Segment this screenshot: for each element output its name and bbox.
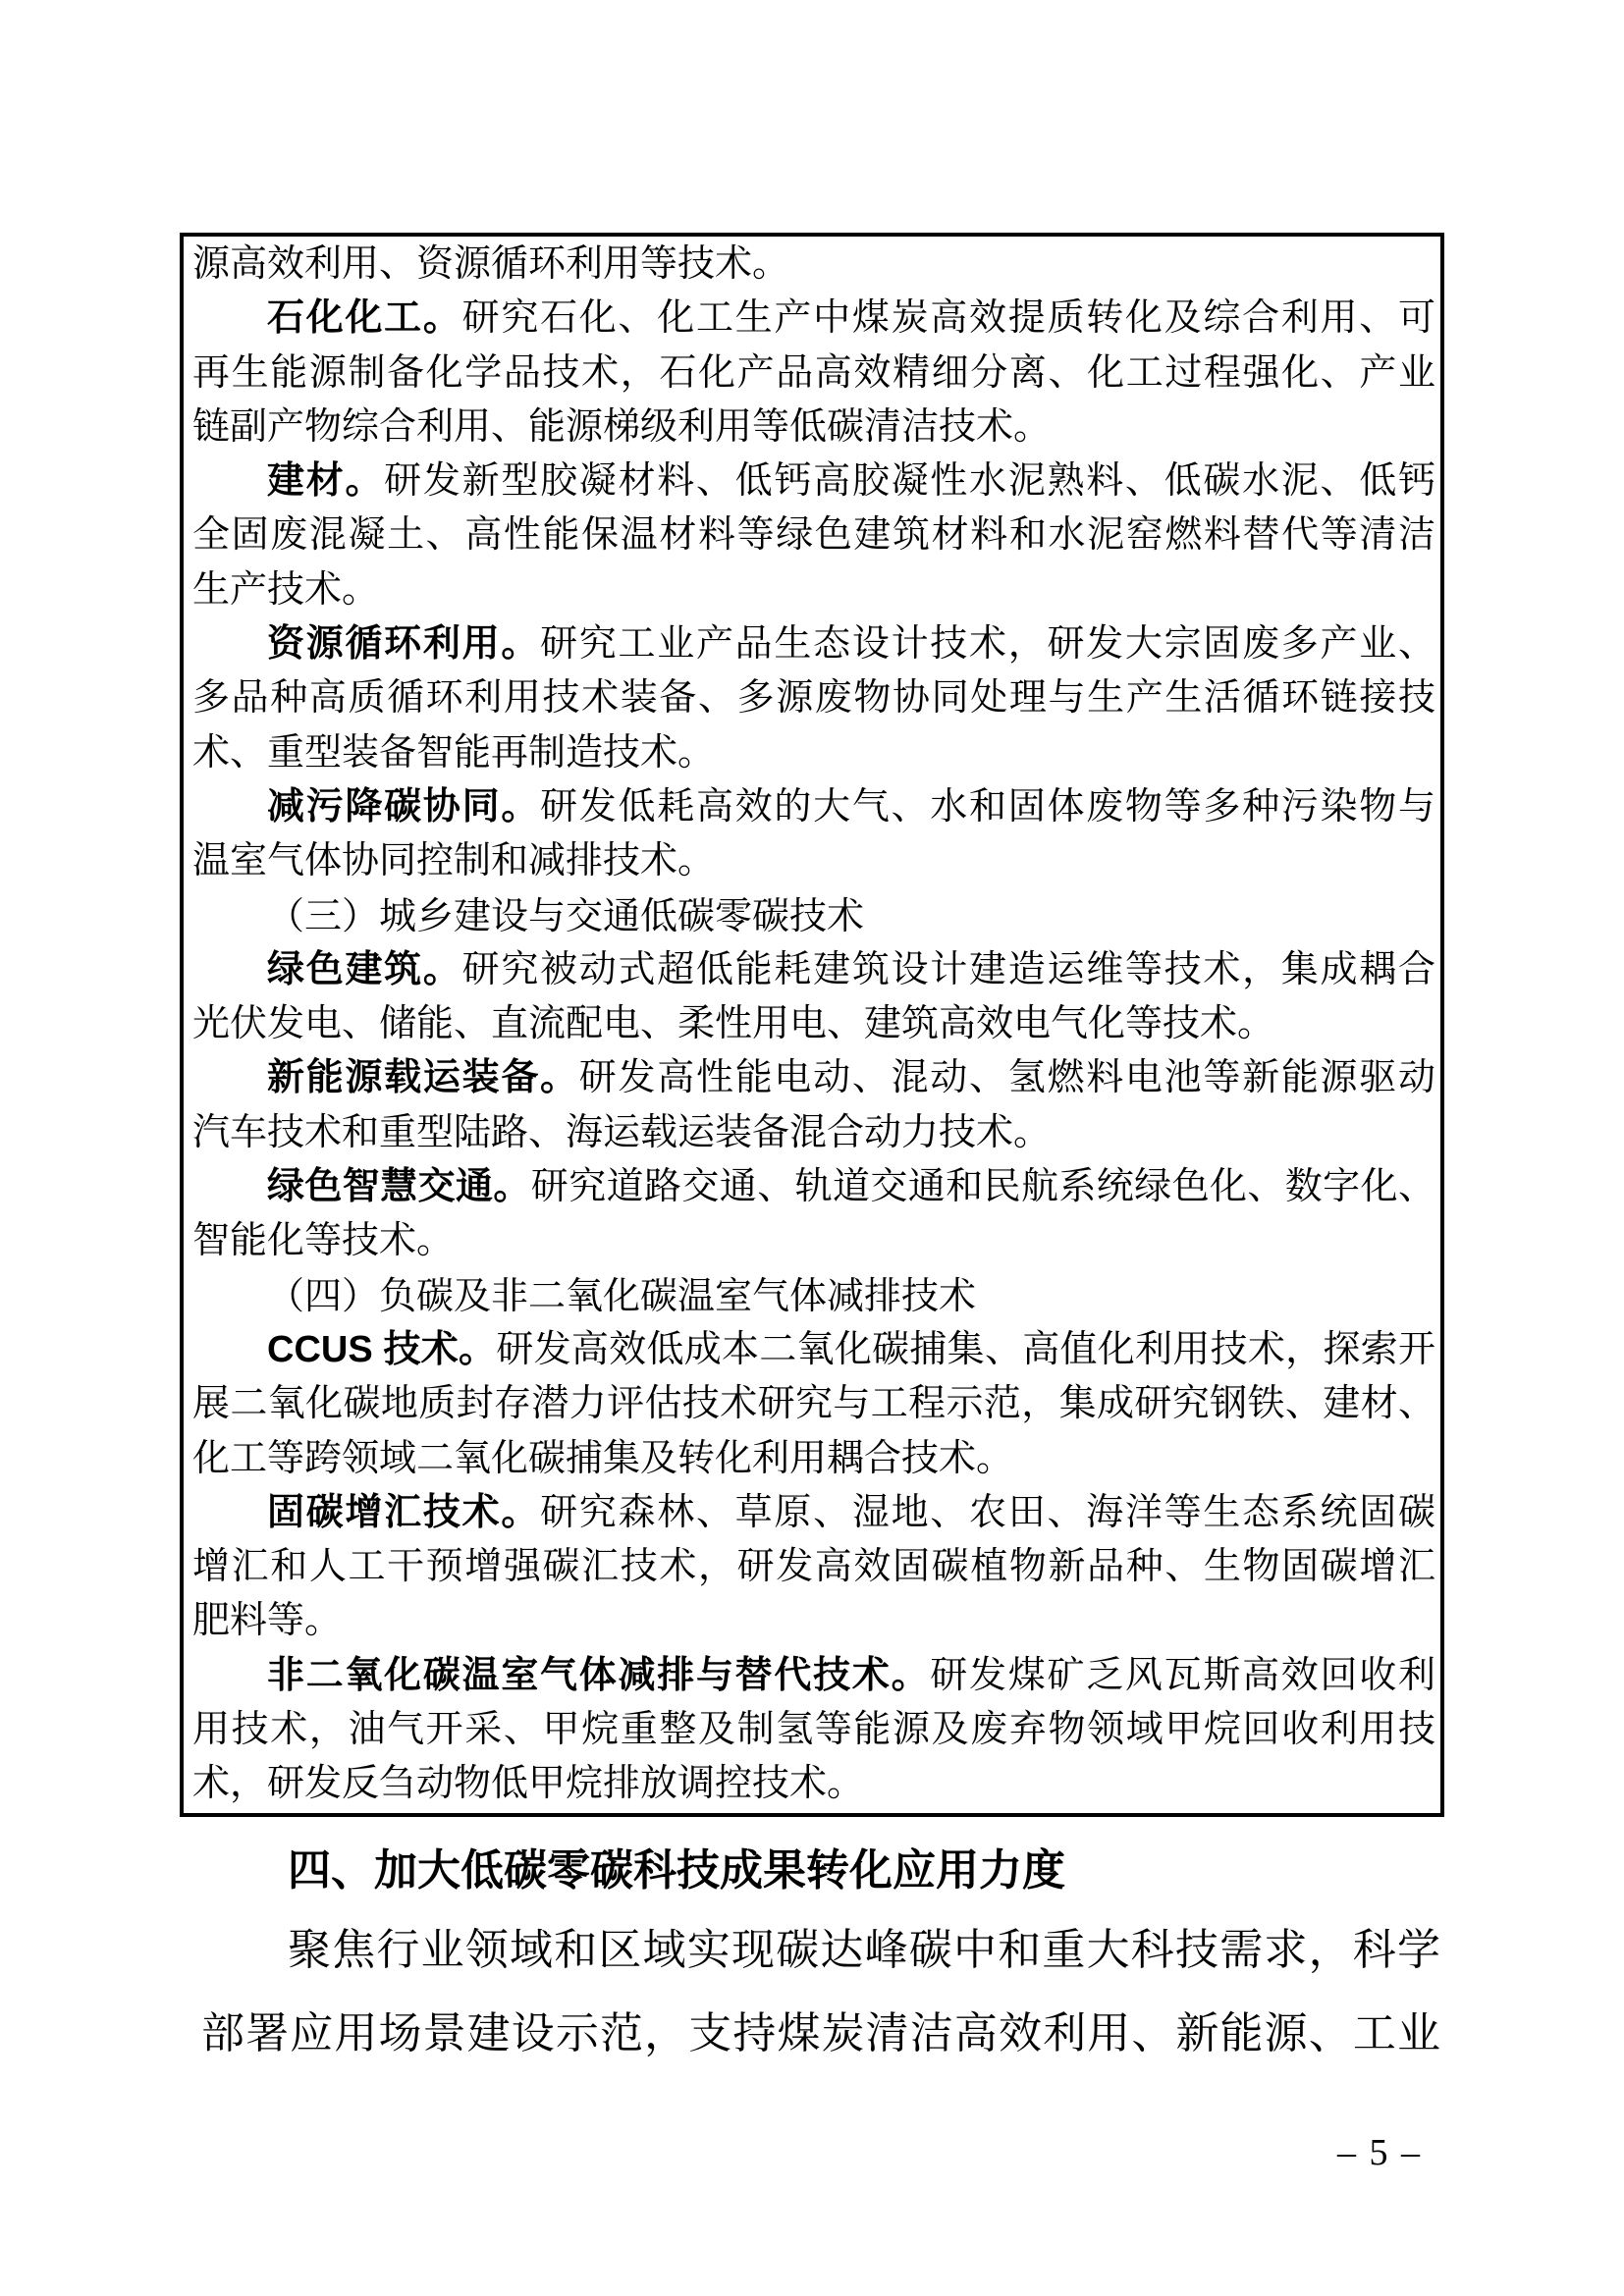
- text-line: 新能源载运装备。研发高性能电动、混动、氢燃料电池等新能源驱动: [192, 1051, 1435, 1105]
- text-line: 术、重型装备智能再制造技术。: [192, 726, 1435, 780]
- text-line: 汽车技术和重型陆路、海运载运装备混合动力技术。: [192, 1106, 1435, 1160]
- text-line-body: 研究被动式超低能耗建筑设计建造运维等技术，集成耦合: [462, 949, 1435, 990]
- paragraph-label: 新能源载运装备。: [267, 1057, 579, 1098]
- text-line: 全固废混凝土、高性能保温材料等绿色建筑材料和水泥窑燃料替代等清洁: [192, 508, 1435, 562]
- section-heading: 四、加大低碳零碳科技成果转化应用力度: [201, 1842, 1440, 1900]
- subsection-heading: （四）负碳及非二氧化碳温室气体减排技术: [192, 1269, 1435, 1323]
- paragraph-label: 石化化工。: [267, 297, 462, 339]
- text-line: 建材。研发新型胶凝材料、低钙高胶凝性水泥熟料、低碳水泥、低钙: [192, 454, 1435, 508]
- paragraph-label: CCUS 技术。: [267, 1329, 496, 1370]
- subsection-heading: （三）城乡建设与交通低碳零碳技术: [192, 889, 1435, 943]
- text-line-body: 研发低耗高效的大气、水和固体废物等多种污染物与: [540, 786, 1435, 828]
- text-line: 智能化等技术。: [192, 1214, 1435, 1268]
- text-line-body: 研发新型胶凝材料、低钙高胶凝性水泥熟料、低碳水泥、低钙: [384, 460, 1435, 502]
- text-line: CCUS 技术。研发高效低成本二氧化碳捕集、高值化利用技术，探索开: [192, 1323, 1435, 1377]
- bordered-text-box: 源高效利用、资源循环利用等技术。 石化化工。研究石化、化工生产中煤炭高效提质转化…: [180, 233, 1444, 1817]
- text-line: 用技术，油气开采、甲烷重整及制氢等能源及废弃物领域甲烷回收利用技: [192, 1703, 1435, 1757]
- text-line: 链副产物综合利用、能源梯级利用等低碳清洁技术。: [192, 400, 1435, 454]
- text-line: 光伏发电、储能、直流配电、柔性用电、建筑高效电气化等技术。: [192, 997, 1435, 1051]
- section-paragraph: 聚焦行业领域和区域实现碳达峰碳中和重大科技需求，科学 部署应用场景建设示范，支持…: [201, 1908, 1440, 2075]
- body-line: 部署应用场景建设示范，支持煤炭清洁高效利用、新能源、工业: [201, 1992, 1440, 2075]
- paragraph-label: 固碳增汇技术。: [267, 1492, 540, 1533]
- text-line: 非二氧化碳温室气体减排与替代技术。研发煤矿乏风瓦斯高效回收利: [192, 1649, 1435, 1703]
- text-line-body: 研发高性能电动、混动、氢燃料电池等新能源驱动: [579, 1057, 1435, 1098]
- text-line: 固碳增汇技术。研究森林、草原、湿地、农田、海洋等生态系统固碳: [192, 1486, 1435, 1540]
- paragraph-label: 资源循环利用。: [267, 623, 540, 665]
- section-four: 四、加大低碳零碳科技成果转化应用力度 聚焦行业领域和区域实现碳达峰碳中和重大科技…: [201, 1842, 1440, 2075]
- text-line: 多品种高质循环利用技术装备、多源废物协同处理与生产生活循环链接技: [192, 671, 1435, 725]
- text-line: 源高效利用、资源循环利用等技术。: [192, 238, 1435, 292]
- body-line: 聚焦行业领域和区域实现碳达峰碳中和重大科技需求，科学: [201, 1908, 1440, 1992]
- text-line-body: 研究工业产品生态设计技术，研发大宗固废多产业、: [540, 623, 1435, 665]
- text-line: 绿色建筑。研究被动式超低能耗建筑设计建造运维等技术，集成耦合: [192, 943, 1435, 997]
- text-line: 化工等跨领域二氧化碳捕集及转化利用耦合技术。: [192, 1432, 1435, 1486]
- text-line: 绿色智慧交通。研究道路交通、轨道交通和民航系统绿色化、数字化、: [192, 1160, 1435, 1214]
- text-line: 资源循环利用。研究工业产品生态设计技术，研发大宗固废多产业、: [192, 617, 1435, 671]
- paragraph-label: 建材。: [267, 460, 384, 502]
- paragraph-label: 绿色智慧交通。: [267, 1166, 531, 1207]
- paragraph-label: 非二氧化碳温室气体减排与替代技术。: [267, 1655, 930, 1696]
- paragraph-label: 减污降碳协同。: [267, 786, 540, 828]
- text-line: 展二氧化碳地质封存潜力评估技术研究与工程示范，集成研究钢铁、建材、: [192, 1377, 1435, 1431]
- text-line: 生产技术。: [192, 563, 1435, 617]
- text-line-body: 研究森林、草原、湿地、农田、海洋等生态系统固碳: [540, 1492, 1435, 1533]
- text-line-body: 研究道路交通、轨道交通和民航系统绿色化、数字化、: [531, 1166, 1435, 1207]
- text-line-body: 研发高效低成本二氧化碳捕集、高值化利用技术，探索开: [496, 1329, 1435, 1370]
- paragraph-label: 绿色建筑。: [267, 949, 462, 990]
- text-line: 增汇和人工干预增强碳汇技术，研发高效固碳植物新品种、生物固碳增汇: [192, 1540, 1435, 1594]
- page-number: – 5 –: [1337, 2126, 1422, 2179]
- text-line: 减污降碳协同。研发低耗高效的大气、水和固体废物等多种污染物与: [192, 780, 1435, 834]
- text-line: 肥料等。: [192, 1594, 1435, 1648]
- text-line: 术，研发反刍动物低甲烷排放调控技术。: [192, 1757, 1435, 1811]
- text-line: 温室气体协同控制和减排技术。: [192, 834, 1435, 888]
- text-line-body: 研发煤矿乏风瓦斯高效回收利: [930, 1655, 1435, 1696]
- text-line: 石化化工。研究石化、化工生产中煤炭高效提质转化及综合利用、可: [192, 292, 1435, 346]
- text-line-body: 研究石化、化工生产中煤炭高效提质转化及综合利用、可: [462, 297, 1435, 339]
- text-line: 再生能源制备化学品技术，石化产品高效精细分离、化工过程强化、产业: [192, 347, 1435, 400]
- document-page: 源高效利用、资源循环利用等技术。 石化化工。研究石化、化工生产中煤炭高效提质转化…: [0, 0, 1624, 2296]
